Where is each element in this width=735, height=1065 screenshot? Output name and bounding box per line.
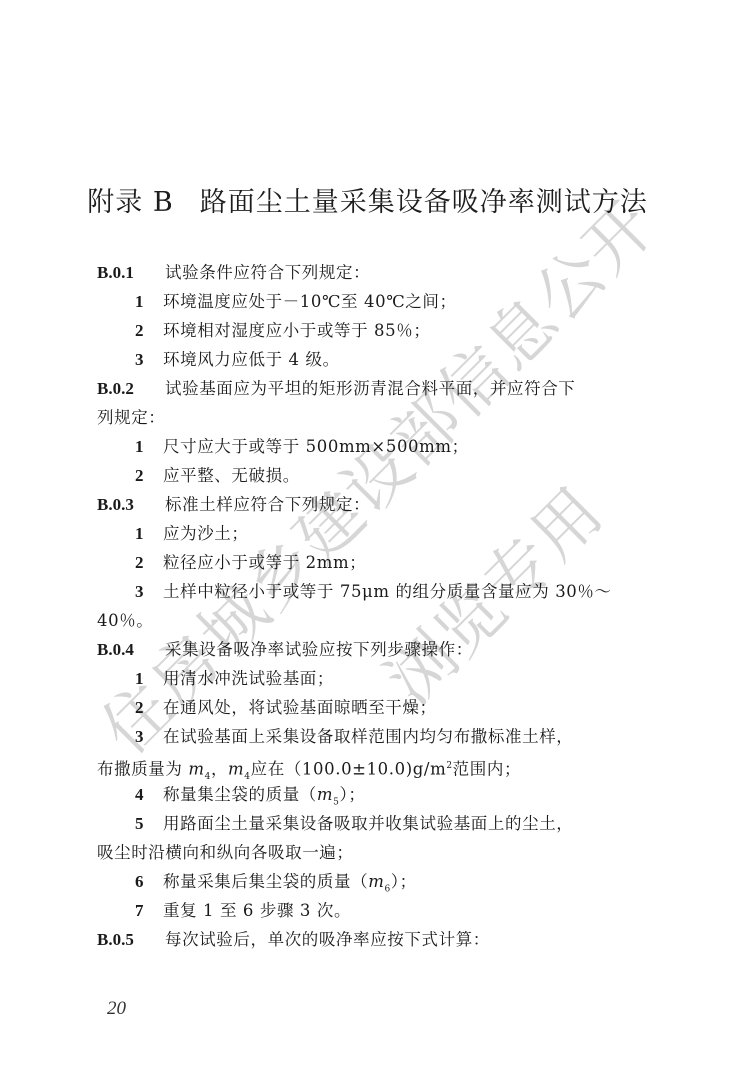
document-page: 住房城乡建设部信息公开 浏览专用 附录 B路面尘土量采集设备吸净率测试方法 B.…	[0, 0, 735, 1065]
appendix-title: 路面尘土量采集设备吸净率测试方法	[200, 187, 648, 218]
list-item: 2环境相对湿度应小于或等于 85％；	[135, 320, 430, 342]
item-continuation: 布撒质量为 m4，m4应在（100.0±10.0)g/m2范围内；	[97, 755, 521, 788]
list-item: 2应平整、无破损。	[135, 465, 300, 487]
page-title: 附录 B路面尘土量采集设备吸净率测试方法	[0, 180, 735, 219]
list-item: 6称量采集后集尘袋的质量（m6）；	[135, 871, 417, 900]
list-item: 1尺寸应大于或等于 500mm×500mm；	[135, 436, 469, 458]
clause-number: B.0.1	[97, 262, 165, 284]
list-item: 1环境温度应处于－10℃至 40℃之间；	[135, 291, 457, 313]
clause-b01: B.0.1试验条件应符合下列规定：	[97, 262, 370, 284]
list-item: 2粒径应小于或等于 2mm；	[135, 552, 366, 574]
appendix-label: 附录 B	[87, 187, 173, 218]
list-item: 1应为沙土；	[135, 523, 249, 545]
item-continuation: 40％。	[97, 610, 153, 632]
list-item: 4称量集尘袋的质量（m5）；	[135, 784, 365, 813]
clause-b02: B.0.2试验基面应为平坦的矩形沥青混合料平面，并应符合下	[97, 378, 575, 400]
list-item: 3在试验基面上采集设备取样范围内均匀布撒标准土样，	[135, 726, 573, 748]
list-item: 1用清水冲洗试验基面；	[135, 668, 334, 690]
list-item: 3环境风力应低于 4 级。	[135, 349, 340, 371]
list-item: 7重复 1 至 6 步骤 3 次。	[135, 900, 351, 922]
clause-continuation: 列规定：	[97, 407, 165, 429]
list-item: 2在通风处，将试验基面晾晒至干燥；	[135, 697, 437, 719]
list-item: 5用路面尘土量采集设备吸取并收集试验基面上的尘土，	[135, 813, 573, 835]
list-item: 3土样中粒径小于或等于 75μm 的组分质量含量应为 30％～	[135, 581, 612, 603]
clause-text: 试验条件应符合下列规定：	[165, 263, 370, 282]
item-continuation: 吸尘时沿横向和纵向各吸取一遍；	[97, 842, 354, 864]
page-number: 20	[107, 998, 126, 1020]
clause-b05: B.0.5每次试验后，单次的吸净率应按下式计算：	[97, 929, 490, 951]
clause-b03: B.0.3标准土样应符合下列规定：	[97, 494, 370, 516]
clause-b04: B.0.4采集设备吸净率试验应按下列步骤操作：	[97, 639, 473, 661]
